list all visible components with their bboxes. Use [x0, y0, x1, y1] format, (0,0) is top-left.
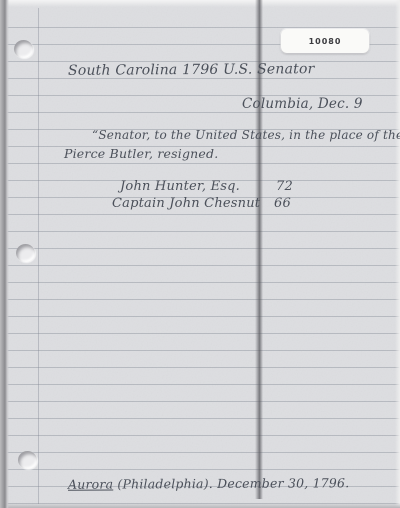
- quote-line-1: “Senator, to the United States, in the p…: [92, 128, 400, 142]
- title-line: South Carolina 1796 U.S. Senator: [68, 61, 315, 79]
- punch-hole-top: [14, 40, 33, 58]
- result-row-votes: 66: [274, 196, 291, 211]
- catalog-number: 10080: [309, 37, 342, 46]
- quote-line-2: Pierce Butler, resigned.: [64, 146, 218, 161]
- scan-edge-top: [0, 0, 400, 7]
- catalog-sticker: 10080: [281, 29, 369, 53]
- margin-rule-line: [38, 8, 39, 504]
- punch-hole-middle: [16, 244, 35, 262]
- dateline: Columbia, Dec. 9: [242, 96, 363, 112]
- source-citation: Aurora (Philadelphia). December 30, 1796…: [68, 475, 349, 491]
- source-rest: (Philadelphia). December 30, 1796.: [113, 475, 349, 491]
- result-row-votes: 72: [276, 179, 293, 194]
- scan-edge-right: [395, 0, 400, 508]
- source-title: Aurora: [68, 476, 113, 491]
- result-row-name: Captain John Chesnut: [112, 196, 260, 211]
- scanned-document-page: 10080 South Carolina 1796 U.S. Senator C…: [0, 0, 400, 508]
- punch-hole-bottom: [18, 451, 37, 469]
- scan-edge-bottom: [0, 503, 400, 508]
- result-row-name: John Hunter, Esq.: [120, 179, 240, 194]
- scan-edge-left: [0, 0, 9, 508]
